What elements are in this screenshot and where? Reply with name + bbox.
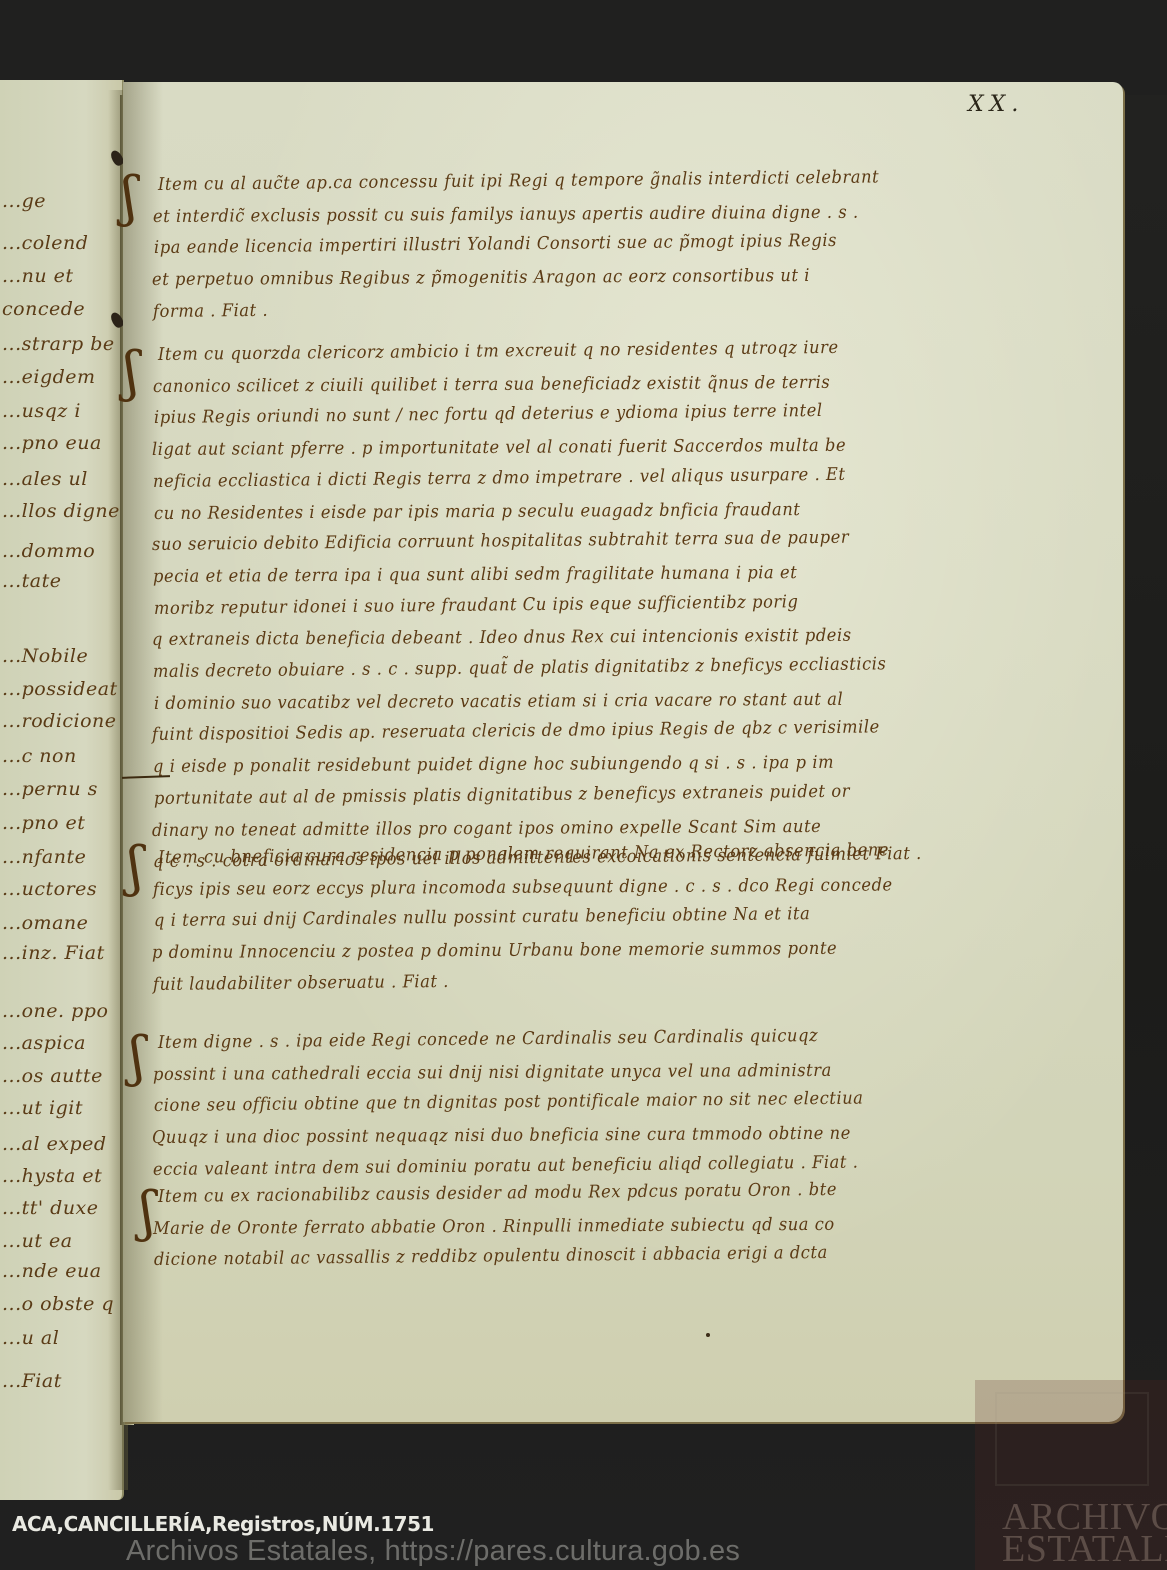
- ink-spot: [706, 1333, 710, 1337]
- left-page-line: ...tate: [2, 570, 120, 592]
- left-page-line: ...tt' duxe: [2, 1197, 120, 1219]
- manuscript-line: i dominio suo vacatibz vel decreto vacat…: [154, 689, 843, 713]
- archive-reference-caption: ACA,CANCILLERÍA,Registros,NÚM.1751: [12, 1512, 434, 1536]
- left-page-line: ...inz. Fiat: [2, 942, 120, 964]
- paragraph-initial-icon: ʃ: [130, 1030, 145, 1084]
- archive-logo-emblem-icon: [995, 1392, 1149, 1486]
- logo-text-line-2: ESTATALES: [1002, 1527, 1167, 1570]
- left-page-line: ...c non: [2, 745, 120, 767]
- left-page-line: ...strarp be: [2, 333, 120, 355]
- paragraph-initial-icon: ʃ: [128, 840, 143, 894]
- left-page-line: ...ales ul: [2, 468, 120, 490]
- manuscript-line: possint i una cathedrali eccia sui dnij …: [153, 1061, 832, 1085]
- left-page-line: ...colend: [2, 232, 120, 254]
- manuscript-line: canonico scilicet z ciuili quilibet i te…: [153, 373, 830, 397]
- image-viewer: ...ge...colend...nu etconcede...strarp b…: [0, 0, 1167, 1570]
- left-page-line: ...possideat: [2, 678, 120, 700]
- left-page-line: ...dommo: [2, 540, 120, 562]
- manuscript-line: et perpetuo omnibus Regibus z p̃mogeniti…: [152, 266, 810, 290]
- paragraph-initial-icon: ʃ: [124, 345, 139, 399]
- folio-number: XX.: [968, 92, 1024, 117]
- left-page-line: ...nde eua: [2, 1260, 120, 1282]
- left-page-line: ...nfante: [2, 846, 120, 868]
- left-page-line: ...pno et: [2, 812, 120, 834]
- left-page-line: ...ge: [2, 190, 120, 212]
- left-page-line: ...pno eua: [2, 432, 120, 454]
- left-page-line: ...aspica: [2, 1032, 120, 1054]
- manuscript-line: et interdic̃ exclusis possit cu suis fam…: [153, 202, 859, 226]
- left-page-line: ...ut ea: [2, 1230, 120, 1252]
- dark-backdrop: [0, 0, 1167, 95]
- left-page-line: ...ut igit: [2, 1097, 120, 1119]
- left-page-line: ...Nobile: [2, 645, 120, 667]
- left-page-line: ...pernu s: [2, 778, 120, 800]
- left-page-line: concede: [2, 298, 120, 320]
- left-page-line: ...al exped: [2, 1133, 120, 1155]
- manuscript-line: fuit laudabiliter obseruatu . Fiat .: [153, 972, 449, 995]
- left-page-line: ...usqz i: [2, 400, 120, 422]
- paragraph-initial-icon: ʃ: [122, 170, 137, 224]
- left-page-line: ...one. ppo: [2, 1000, 120, 1022]
- left-page-line: ...o obste q: [2, 1293, 120, 1315]
- left-page-line: ...hysta et: [2, 1165, 120, 1187]
- left-page-line: ...os autte: [2, 1065, 120, 1087]
- manuscript-line: ficys ipis seu eorz eccys plura incomoda…: [153, 875, 893, 900]
- manuscript-line: forma . Fiat .: [153, 301, 268, 322]
- manuscript-line: Marie de Oronte ferrato abbatie Oron . R…: [153, 1215, 835, 1239]
- left-page-line: ...nu et: [2, 265, 120, 287]
- manuscript-line: pecia et etia de terra ipa i qua sunt al…: [153, 563, 797, 587]
- manuscript-line: dinary no teneat admitte illos pro cogan…: [152, 816, 821, 840]
- left-page-line: ...eigdem: [2, 366, 120, 388]
- left-page-line: ...rodicione: [2, 710, 120, 732]
- source-credit-caption: Archivos Estatales, https://pares.cultur…: [126, 1535, 740, 1568]
- left-page-line: ...omane: [2, 912, 120, 934]
- left-page-line: ...uctores: [2, 878, 120, 900]
- left-page-line: ...u al: [2, 1327, 120, 1349]
- left-page-line: ...Fiat: [2, 1370, 120, 1392]
- left-page-line: ...llos digne: [2, 500, 120, 522]
- manuscript-line: cu no Residentes i eisde par ipis maria …: [154, 500, 801, 524]
